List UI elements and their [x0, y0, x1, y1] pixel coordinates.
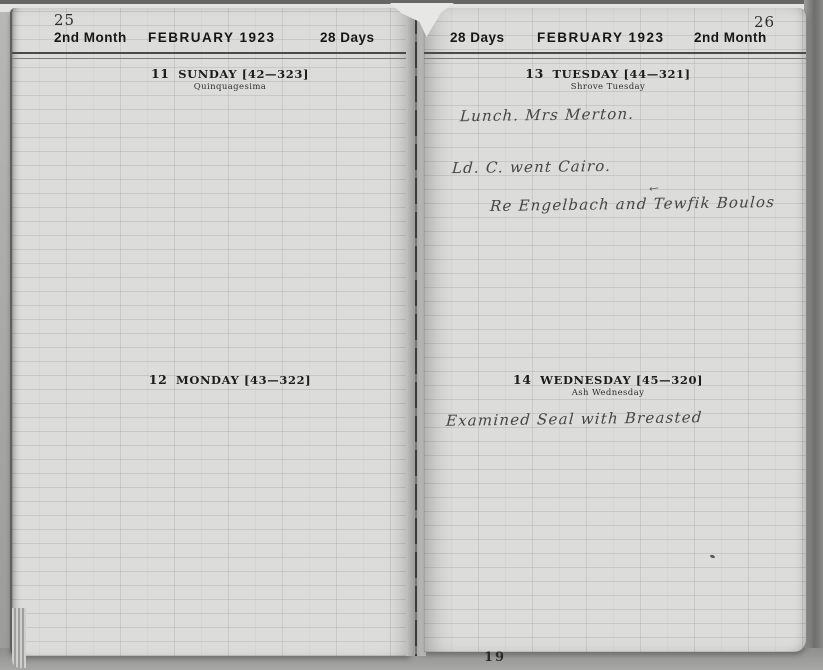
tuesday-day-count: [44—321] [624, 67, 691, 81]
entry-sunday-heading: 11 SUNDAY [42—323] [12, 66, 410, 81]
wednesday-note-breasted: Examined Seal with Breasted [446, 408, 704, 430]
entry-tuesday-heading: 13 TUESDAY [44—321] [424, 66, 806, 81]
wednesday-day-number: 14 [513, 372, 532, 387]
sunday-weekday: SUNDAY [178, 67, 237, 81]
left-page: 25 2nd Month FEBRUARY 1923 28 Days 11 SU… [10, 8, 410, 656]
binding-stitches [415, 8, 417, 656]
left-page-title: FEBRUARY 1923 [148, 30, 276, 45]
tuesday-day-number: 13 [525, 66, 544, 81]
monday-day-count: [43—322] [244, 373, 311, 387]
book-gutter [406, 8, 426, 656]
stacked-page-edges [12, 608, 26, 668]
tuesday-note-lunch: Lunch. Mrs Merton. [460, 105, 635, 125]
left-header-divider [12, 52, 410, 59]
right-header-divider [424, 52, 806, 59]
diary-scan: 25 2nd Month FEBRUARY 1923 28 Days 11 SU… [0, 0, 823, 670]
entry-monday-heading: 12 MONDAY [43—322] [12, 372, 410, 387]
monday-day-number: 12 [149, 372, 168, 387]
right-page: 26 28 Days FEBRUARY 1923 2nd Month 13 TU… [424, 8, 807, 652]
entry-wednesday-heading: 14 WEDNESDAY [45—320] [424, 372, 806, 387]
wednesday-weekday: WEDNESDAY [540, 373, 631, 387]
right-days-label: 28 Days [450, 30, 505, 45]
sunday-subtitle: Quinquagesima [12, 82, 410, 92]
handwritten-arrow-icon: ← [645, 177, 662, 196]
monday-weekday: MONDAY [176, 373, 239, 387]
left-page-number: 25 [54, 11, 75, 29]
sunday-day-number: 11 [151, 66, 170, 81]
ink-speck [710, 554, 716, 559]
left-days-label: 28 Days [320, 30, 375, 45]
next-page-partial-text: 19 [484, 650, 506, 665]
tuesday-weekday: TUESDAY [553, 67, 619, 81]
wednesday-day-count: [45—320] [636, 373, 703, 387]
tuesday-note-engelbach: Re Engelbach and Tewfik Boulos [490, 193, 776, 215]
right-page-number: 26 [754, 13, 775, 31]
right-page-title: FEBRUARY 1923 [537, 30, 665, 45]
wednesday-subtitle: Ash Wednesday [424, 388, 806, 398]
sunday-day-count: [42—323] [242, 67, 309, 81]
tuesday-subtitle: Shrove Tuesday [424, 82, 806, 92]
right-month-label: 2nd Month [694, 30, 767, 45]
tuesday-note-cairo: Ld. C. went Cairo. [452, 157, 612, 177]
left-month-label: 2nd Month [54, 30, 127, 45]
